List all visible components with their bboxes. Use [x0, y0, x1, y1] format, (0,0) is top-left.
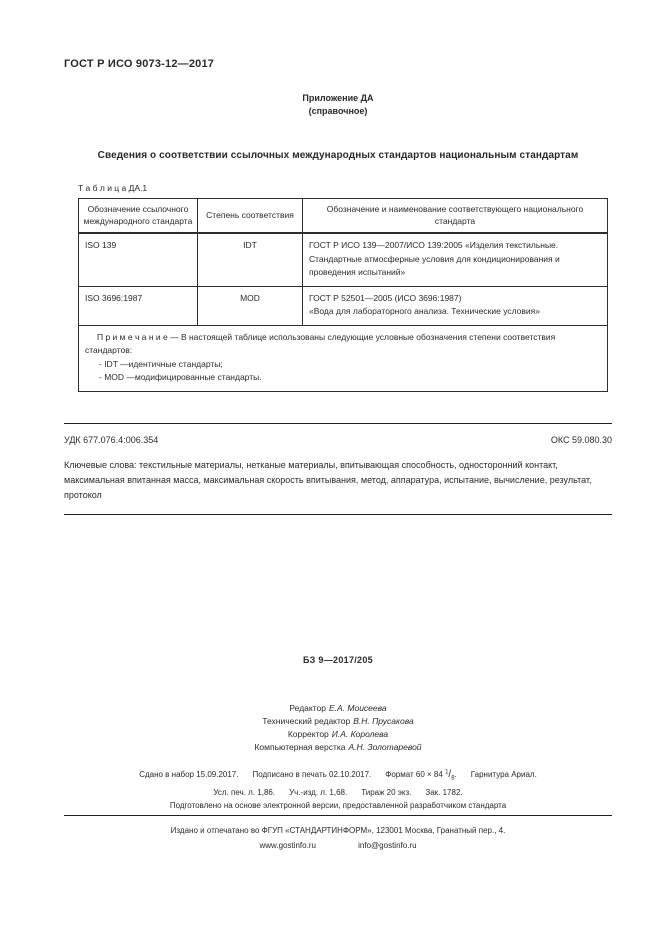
column-header-national-standard: Обозначение и наименование соответствующ… — [303, 199, 608, 234]
appendix-subtitle: (справочное) — [64, 105, 612, 118]
staff-line-technical-editor: Технический редакторВ.Н. Прусакова — [64, 715, 612, 728]
print-run: Тираж 20 экз. — [361, 788, 411, 797]
website-url: www.gostinfo.ru — [259, 841, 315, 850]
imprint-line-2: Усл. печ. л. 1,86.Уч.-изд. л. 1,68.Тираж… — [64, 786, 612, 799]
editorial-staff-block: РедакторЕ.А. Моисеева Технический редакт… — [64, 702, 612, 754]
cell-degree: MOD — [198, 286, 303, 325]
printed-sheets: Усл. печ. л. 1,86. — [213, 788, 275, 797]
bz-code: БЗ 9—2017/205 — [64, 655, 612, 665]
imprint-line-3: Подготовлено на основе электронной верси… — [64, 799, 612, 812]
staff-name: И.А. Королева — [332, 729, 388, 739]
staff-name: А.Н. Золотаревой — [348, 742, 421, 752]
email-address: info@gostinfo.ru — [358, 841, 416, 850]
staff-line-proofreader: КорректорИ.А. Королева — [64, 728, 612, 741]
keywords-paragraph: Ключевые слова: текстильные материалы, н… — [64, 458, 612, 503]
correspondence-table: Обозначение ссылочного международного ст… — [78, 198, 608, 392]
publisher-line: Издано и отпечатано во ФГУП «СТАНДАРТИНФ… — [64, 825, 612, 837]
table-row: ISO 3696:1987 MOD ГОСТ Р 52501—2005 (ИСО… — [79, 286, 608, 325]
appendix-title: Приложение ДА — [64, 92, 612, 105]
appendix-block: Приложение ДА (справочное) — [64, 92, 612, 118]
staff-role: Корректор — [288, 729, 329, 739]
paper-format: Формат 60 × 84 1/8. — [385, 770, 457, 779]
column-header-reference-standard: Обозначение ссылочного международного ст… — [79, 199, 198, 234]
imprint-line-1: Сдано в набор 15.09.2017.Подписано в печ… — [64, 767, 612, 786]
typeface: Гарнитура Ариал. — [471, 770, 537, 779]
staff-role: Редактор — [289, 703, 326, 713]
typeset-date: Сдано в набор 15.09.2017. — [139, 770, 238, 779]
table-header-row: Обозначение ссылочного международного ст… — [79, 199, 608, 234]
cell-reference-standard: ISO 3696:1987 — [79, 286, 198, 325]
table-row: ISO 139 IDT ГОСТ Р ИСО 139—2007/ИСО 139:… — [79, 233, 608, 286]
column-header-degree: Степень соответствия — [198, 199, 303, 234]
standard-number: ГОСТ Р ИСО 9073-12—2017 — [64, 58, 612, 70]
note-item-idt: - IDT —идентичные стандарты; — [99, 358, 601, 372]
note-intro: П р и м е ч а н и е — В настоящей таблиц… — [85, 331, 601, 358]
cell-national-standard: ГОСТ Р ИСО 139—2007/ИСО 139:2005 «Издели… — [303, 233, 608, 286]
section-heading: Сведения о соответствии ссылочных междун… — [64, 149, 612, 162]
cell-degree: IDT — [198, 233, 303, 286]
cell-reference-standard: ISO 139 — [79, 233, 198, 286]
classification-codes: УДК 677.076.4:006.354 ОКС 59.080.30 — [64, 424, 612, 445]
staff-role: Компьютерная верстка — [254, 742, 345, 752]
table-note-row: П р и м е ч а н и е — В настоящей таблиц… — [79, 325, 608, 391]
document-page: ГОСТ Р ИСО 9073-12—2017 Приложение ДА (с… — [0, 0, 661, 936]
imprint-block: Сдано в набор 15.09.2017.Подписано в печ… — [64, 767, 612, 812]
note-item-mod: - MOD —модифицированные стандарты. — [99, 371, 601, 385]
contact-links: www.gostinfo.ru info@gostinfo.ru — [64, 840, 612, 852]
staff-role: Технический редактор — [262, 716, 350, 726]
staff-line-editor: РедакторЕ.А. Моисеева — [64, 702, 612, 715]
divider-line — [64, 514, 612, 515]
table-caption: Т а б л и ц а ДА.1 — [78, 183, 612, 193]
publisher-sheets: Уч.-изд. л. 1,68. — [289, 788, 347, 797]
table-note: П р и м е ч а н и е — В настоящей таблиц… — [79, 325, 608, 391]
print-date: Подписано в печать 02.10.2017. — [252, 770, 371, 779]
cell-national-standard: ГОСТ Р 52501—2005 (ИСО 3696:1987) «Вода … — [303, 286, 608, 325]
order-number: Зак. 1782. — [425, 788, 462, 797]
oks-code: ОКС 59.080.30 — [551, 435, 612, 445]
divider-line — [64, 815, 612, 816]
staff-line-layout: Компьютерная версткаА.Н. Золотаревой — [64, 741, 612, 754]
udk-code: УДК 677.076.4:006.354 — [64, 435, 158, 445]
staff-name: Е.А. Моисеева — [329, 703, 387, 713]
page-content: ГОСТ Р ИСО 9073-12—2017 Приложение ДА (с… — [0, 0, 661, 852]
staff-name: В.Н. Прусакова — [353, 716, 413, 726]
